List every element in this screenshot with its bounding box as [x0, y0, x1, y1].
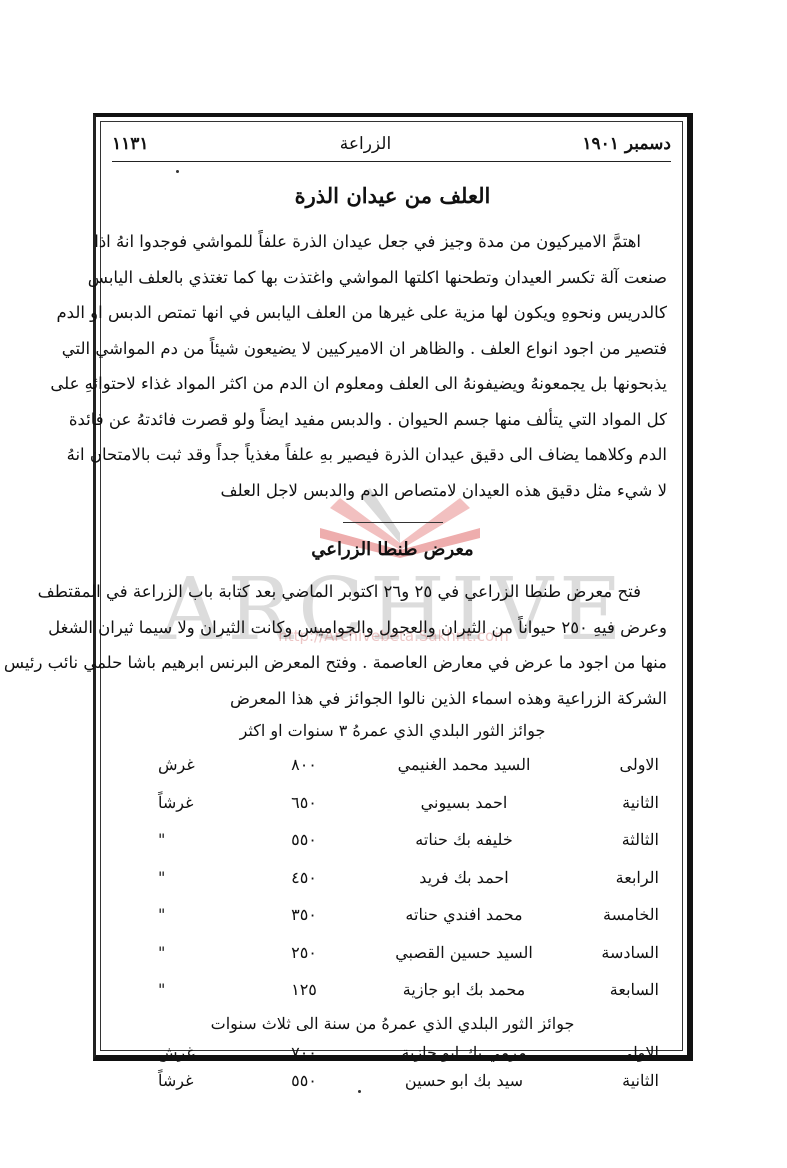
currency-unit: غرش	[118, 1039, 249, 1067]
prize-rank: السابعة	[569, 971, 667, 1009]
ink-speck	[358, 1090, 361, 1093]
ditto-mark: "	[118, 859, 249, 897]
text-line: صنعت آلة تكسر العيدان وتطحنها اكلتها الم…	[118, 260, 667, 296]
prize-rank: السادسة	[569, 934, 667, 972]
currency-unit: غرشاً	[118, 1067, 249, 1095]
header-section-title: الزراعة	[340, 134, 391, 154]
running-header: دسمبر ١٩٠١ الزراعة ١١٣١	[112, 127, 671, 162]
text-line: يذبحونها بل يجمعونهُ ويضيفونهُ الى العلف…	[118, 366, 667, 402]
table-row: الثالثة خليفه بك حناته ٥٥٠ "	[118, 821, 667, 859]
text-line: الشركة الزراعية وهذه اسماء الذين نالوا ا…	[118, 681, 667, 717]
prize-rank: الاولى	[569, 746, 667, 784]
prize-amount: ٣٥٠	[249, 896, 359, 934]
table-row: الرابعة احمد بك فريد ٤٥٠ "	[118, 859, 667, 897]
currency-unit: غرشاً	[118, 784, 249, 822]
table-row: الاولى مرمي بك ابو جازية ٧٠٠ غرش	[118, 1039, 667, 1067]
ditto-mark: "	[118, 971, 249, 1009]
text-line: وعرض فيهِ ٢٥٠ حيواناً من الثيران والعجول…	[118, 610, 667, 646]
table-row: السابعة محمد بك ابو جازية ١٢٥ "	[118, 971, 667, 1009]
ditto-mark: "	[118, 896, 249, 934]
prize-rank: الثانية	[569, 784, 667, 822]
ink-speck	[176, 170, 179, 173]
prize-amount: ٨٠٠	[249, 746, 359, 784]
page-content: العلف من عيدان الذرة اهتمَّ الاميركيون م…	[118, 177, 667, 1095]
text-line: اهتمَّ الاميركيون من مدة وجيز في جعل عيد…	[118, 224, 667, 260]
prize-amount: ٤٥٠	[249, 859, 359, 897]
currency-unit: غرش	[118, 746, 249, 784]
prize-amount: ٢٥٠	[249, 934, 359, 972]
prize-table-heading-3yrs: جوائز الثور البلدي الذي عمرهُ ٣ سنوات او…	[118, 716, 667, 746]
table-row: السادسة السيد حسين القصبي ٢٥٠ "	[118, 934, 667, 972]
prize-table-heading-1to3yrs: جوائز الثور البلدي الذي عمرهُ من سنة الى…	[118, 1009, 667, 1039]
prize-amount: ٦٥٠	[249, 784, 359, 822]
table-row: الثانية احمد بسيوني ٦٥٠ غرشاً	[118, 784, 667, 822]
table-row: الاولى السيد محمد الغنيمي ٨٠٠ غرش	[118, 746, 667, 784]
article-body-corn-fodder: اهتمَّ الاميركيون من مدة وجيز في جعل عيد…	[118, 224, 667, 508]
prize-rank: الثالثة	[569, 821, 667, 859]
article-title-corn-fodder: العلف من عيدان الذرة	[118, 183, 667, 208]
table-row: الخامسة محمد افندي حناته ٣٥٠ "	[118, 896, 667, 934]
prize-table-3yrs: الاولى السيد محمد الغنيمي ٨٠٠ غرش الثاني…	[118, 746, 667, 1009]
ditto-mark: "	[118, 934, 249, 972]
prize-table-1to3yrs: الاولى مرمي بك ابو جازية ٧٠٠ غرش الثانية…	[118, 1039, 667, 1095]
ditto-mark: "	[118, 821, 249, 859]
winner-name: احمد بسيوني	[359, 784, 569, 822]
prize-amount: ٥٥٠	[249, 1067, 359, 1095]
prize-amount: ١٢٥	[249, 971, 359, 1009]
text-line: الدم وكلاهما يضاف الى دقيق عيدان الذرة ف…	[118, 437, 667, 473]
winner-name: سيد بك ابو حسين	[359, 1067, 569, 1095]
text-line: منها من اجود ما عرض في معارض العاصمة . و…	[118, 645, 667, 681]
winner-name: خليفه بك حناته	[359, 821, 569, 859]
winner-name: مرمي بك ابو جازية	[359, 1039, 569, 1067]
text-line: لا شيء مثل دقيق هذه العيدان لامتصاص الدم…	[118, 473, 667, 509]
text-line: فتح معرض طنطا الزراعي في ٢٥ و٢٦ اكتوبر ا…	[118, 574, 667, 610]
article-body-tanta-exhibition: فتح معرض طنطا الزراعي في ٢٥ و٢٦ اكتوبر ا…	[118, 574, 667, 716]
winner-name: احمد بك فريد	[359, 859, 569, 897]
text-line: فتصير من اجود انواع العلف . والظاهر ان ا…	[118, 331, 667, 367]
prize-amount: ٥٥٠	[249, 821, 359, 859]
prize-amount: ٧٠٠	[249, 1039, 359, 1067]
text-line: كالدريس ونحوهِ ويكون لها مزية على غيرها …	[118, 295, 667, 331]
winner-name: محمد بك ابو جازية	[359, 971, 569, 1009]
text-line: كل المواد التي يتألف منها جسم الحيوان . …	[118, 402, 667, 438]
article-title-tanta-exhibition: معرض طنطا الزراعي	[118, 539, 667, 560]
header-date: دسمبر ١٩٠١	[582, 134, 671, 154]
winner-name: السيد محمد الغنيمي	[359, 746, 569, 784]
table-row: الثانية سيد بك ابو حسين ٥٥٠ غرشاً	[118, 1067, 667, 1095]
prize-rank: الاولى	[569, 1039, 667, 1067]
page-number: ١١٣١	[112, 134, 149, 154]
winner-name: السيد حسين القصبي	[359, 934, 569, 972]
page-frame: دسمبر ١٩٠١ الزراعة ١١٣١ العلف من عيدان ا…	[93, 113, 693, 1061]
prize-rank: الثانية	[569, 1067, 667, 1095]
section-divider	[343, 522, 443, 523]
winner-name: محمد افندي حناته	[359, 896, 569, 934]
prize-rank: الخامسة	[569, 896, 667, 934]
prize-rank: الرابعة	[569, 859, 667, 897]
